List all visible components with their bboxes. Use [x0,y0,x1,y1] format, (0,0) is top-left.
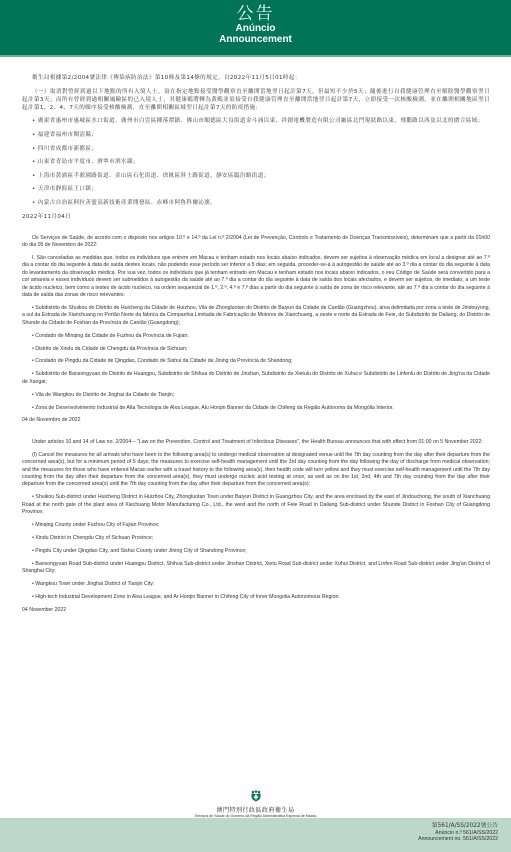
zh-bullet-text: 上海市黃浦區半淞園路街道、金山區石化街道、徐匯區斜土路街道、靜安區臨汾路街道； [38,173,270,179]
title-pt: Anúncio [0,23,511,34]
zh-paragraph-1: （一）取消對曾經到過以下地點的所有入境人士，須在指定地點接受醫學觀察直至離開當地… [22,88,490,112]
en-intro: Under articles 10 and 14 of Law no. 2/20… [22,439,490,446]
pt-bullet-2: • Condado de Minqing da Cidade de Fuzhou… [22,333,490,340]
zh-bullet-7: • 內蒙古自治區阿拉善盟高新技術產業開發區、赤峰市阿魯科爾沁旗。 [22,199,490,207]
footer-bar: 第561/A/SS/2022號公告 Anúncio n.º 561/A/SS/2… [0,818,511,852]
en-bullet-text: Wangkou Town under Jinghai District of T… [35,581,154,587]
org-name-zh: 澳門特別行政區政府衛生局 [0,807,511,814]
en-bullet-text: Shuikou Sub-district under Huicheng Dist… [22,494,490,515]
zh-date: 2022年11月04日 [22,213,490,221]
zh-bullet-text: 山東省青島市平度市、濟寧市泗水縣； [38,159,139,165]
pt-bullet-text: Subdistrito de Bansongyuan do Distrito d… [22,371,490,384]
announcement-number-en: Announcement no. 561/A/SS/2022 [418,836,498,842]
en-paragraph-1: (I) Cancel the measures for all arrivals… [22,452,490,489]
en-bullet-1: • Shuikou Sub-district under Huicheng Di… [22,494,490,516]
en-bullet-7: • High-tech Industrial Development Zone … [22,594,490,601]
pt-intro: Os Serviços de Saúde, de acordo com o di… [22,235,490,250]
pt-bullet-text: Vila de Wangkou do Distrito de Jinghai d… [35,392,174,398]
pt-bullet-text: Subdistrito de Shuikou do Distrito de Hu… [22,305,490,326]
pt-bullet-text: Condado de Pingdu da Cidade de Qingdao, … [35,358,292,364]
pt-bullet-text: Condado de Minqing da Cidade de Fuzhou d… [35,333,188,339]
pt-bullet-7: • Zona de Desenvolvimento Industrial de … [22,405,490,412]
issuer-block: 澳門特別行政區政府衛生局 Serviços de Saúde do Govern… [0,789,511,818]
pt-bullet-6: • Vila de Wangkou do Distrito de Jinghai… [22,392,490,399]
en-bullet-3: • Xindu District in Chengdu City of Sich… [22,535,490,542]
en-bullet-text: Minqing County under Fuzhou City of Fuji… [35,522,159,528]
pt-bullet-3: • Distrito de Xindu da Cidade de Chengdu… [22,346,490,353]
en-bullet-2: • Minqing County under Fuzhou City of Fu… [22,522,490,529]
en-bullet-6: • Wangkou Town under Jinghai District of… [22,581,490,588]
zh-intro: 衛生局根據第2/2004號法律《傳染病防治法》第10條及第14條的規定，自202… [22,74,490,82]
health-bureau-logo-icon [250,789,262,801]
zh-bullet-text: 天津市靜海區王口鎮； [38,186,97,192]
zh-bullet-text: 福建省福州市閩清縣； [38,132,97,138]
pt-bullet-4: • Condado de Pingdu da Cidade de Qingdao… [22,358,490,365]
zh-bullet-4: • 山東省青島市平度市、濟寧市泗水縣； [22,158,490,166]
zh-bullet-text: 四川省成都市新都區； [38,146,97,152]
en-bullet-text: Xindu District in Chengdu City of Sichua… [35,535,153,541]
en-bullet-text: Bansongyuan Road Sub-district under Huan… [22,561,490,574]
en-date: 04 November 2022 [22,607,490,614]
pt-bullet-1: • Subdistrito de Shuikou do Distrito de … [22,305,490,327]
pt-bullet-text: Distrito de Xindu da Cidade de Chengdu d… [35,346,187,352]
announcement-header: 公告 Anúncio Announcement [0,0,511,57]
zh-bullet-text: 內蒙古自治區阿拉善盟高新技術產業開發區、赤峰市阿魯科爾沁旗。 [38,200,216,206]
announcement-number: 第561/A/SS/2022號公告 Anúncio n.º 561/A/SS/2… [418,823,498,842]
zh-bullet-5: • 上海市黃浦區半淞園路街道、金山區石化街道、徐匯區斜土路街道、靜安區臨汾路街道… [22,172,490,180]
en-bullet-5: • Bansongyuan Road Sub-district under Hu… [22,561,490,576]
en-bullet-text: High-tech Industrial Development Zone in… [35,594,340,600]
zh-bullet-2: • 福建省福州市閩清縣； [22,131,490,139]
en-bullet-4: • Pingdu City under Qingdao City, and Si… [22,548,490,555]
pt-bullet-5: • Subdistrito de Bansongyuan do Distrito… [22,371,490,386]
announcement-number-zh: 第561/A/SS/2022號公告 [418,823,498,830]
title-en: Announcement [0,34,511,45]
en-bullet-text: Pingdu City under Qingdao City, and Sish… [35,548,246,554]
zh-bullet-text: 廣東省惠州市惠城區水口街道、廣州市白雲區鍾落潭鎮、佛山市順德區大良街道金斗涌以東… [38,118,484,124]
zh-bullet-1: • 廣東省惠州市惠城區水口街道、廣州市白雲區鍾落潭鎮、佛山市順德區大良街道金斗涌… [22,117,490,125]
announcement-body: 衛生局根據第2/2004號法律《傳染病防治法》第10條及第14條的規定，自202… [22,74,490,628]
title-zh: 公告 [0,0,511,23]
pt-paragraph-1: I. São canceladas as medidas que, todos … [22,255,490,299]
pt-date: 04 de Novembro de 2022 [22,417,490,424]
zh-bullet-6: • 天津市靜海區王口鎮； [22,185,490,193]
pt-bullet-text: Zona de Desenvolvimento Industrial de Al… [35,405,393,411]
zh-bullet-3: • 四川省成都市新都區； [22,145,490,153]
